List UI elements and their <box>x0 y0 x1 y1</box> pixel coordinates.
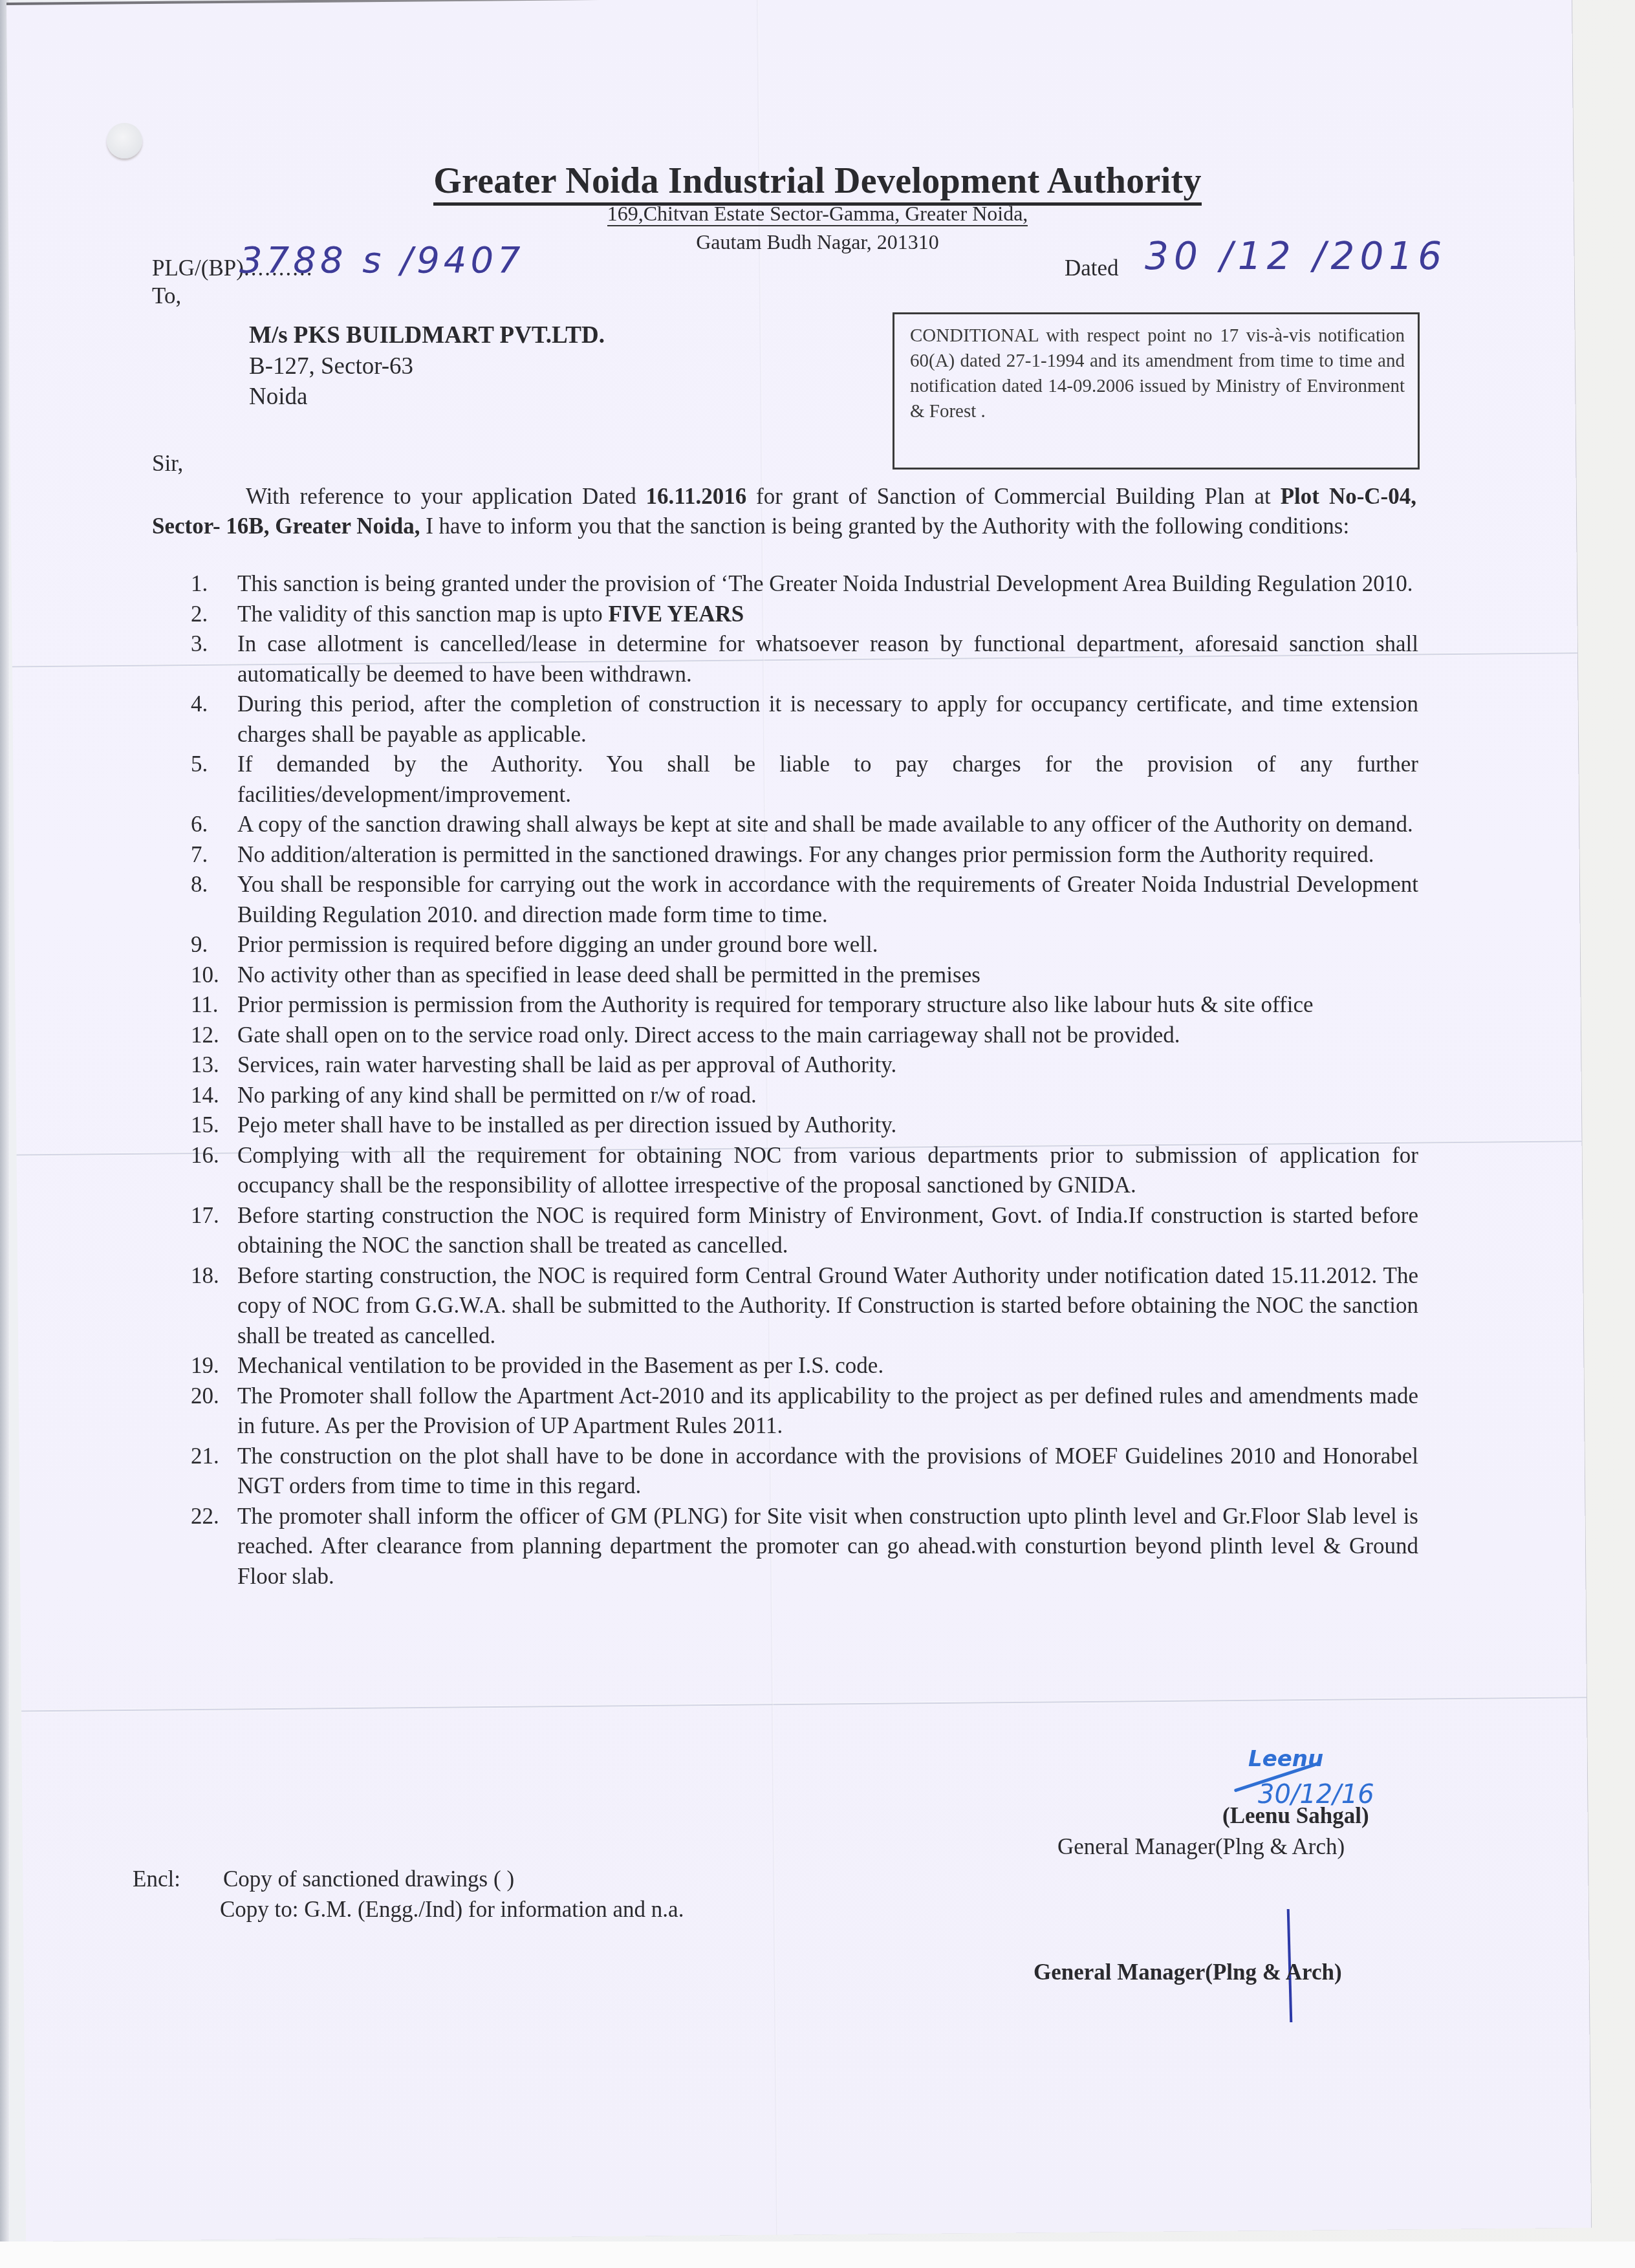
condition-number: 21. <box>191 1442 237 1502</box>
condition-text: During this period, after the completion… <box>237 689 1418 750</box>
condition-item: 19.Mechanical ventilation to be provided… <box>191 1351 1418 1381</box>
conditional-note-box: CONDITIONAL with respect point no 17 vis… <box>893 312 1420 470</box>
condition-item: 18.Before starting construction, the NOC… <box>191 1261 1418 1352</box>
condition-item: 13.Services, rain water harvesting shall… <box>191 1050 1418 1081</box>
condition-item: 12.Gate shall open on to the service roa… <box>191 1021 1418 1051</box>
condition-item: 22.The promoter shall inform the officer… <box>191 1502 1418 1592</box>
condition-item: 15.Pejo meter shall have to be installed… <box>191 1110 1418 1141</box>
application-date: 16.11.2016 <box>646 484 747 509</box>
recipient-name: M/s PKS BUILDMART PVT.LTD. <box>249 321 605 349</box>
condition-item: 11.Prior permission is permission from t… <box>191 990 1418 1021</box>
paper-fold-crease <box>21 1696 1586 1712</box>
condition-text: This sanction is being granted under the… <box>237 569 1418 599</box>
condition-text: You shall be responsible for carrying ou… <box>237 870 1418 930</box>
condition-number: 4. <box>191 689 237 750</box>
condition-number: 1. <box>191 569 237 599</box>
recipient-address-line2: Noida <box>249 383 307 411</box>
condition-number: 6. <box>191 810 237 840</box>
condition-number: 22. <box>191 1502 237 1592</box>
condition-text: No addition/alteration is permitted in t… <box>237 840 1418 870</box>
paper-top-edge <box>6 0 1572 5</box>
condition-text: The Promoter shall follow the Apartment … <box>237 1381 1418 1442</box>
condition-item: 17.Before starting construction the NOC … <box>191 1201 1418 1261</box>
condition-number: 8. <box>191 870 237 930</box>
conditions-list: 1.This sanction is being granted under t… <box>191 569 1418 1592</box>
signer-name: (Leenu Sahgal) <box>1222 1803 1369 1829</box>
handwritten-reference-number: 3788 s /9407 <box>239 239 525 281</box>
handwritten-date: 30 /12 /2016 <box>1145 234 1447 278</box>
condition-text: The construction on the plot shall have … <box>237 1442 1418 1502</box>
condition-number: 12. <box>191 1021 237 1051</box>
condition-text: A copy of the sanction drawing shall alw… <box>237 810 1418 840</box>
intro-text: for grant of Sanction of Commercial Buil… <box>746 484 1281 509</box>
condition-text: Services, rain water harvesting shall be… <box>237 1050 1418 1081</box>
condition-text: Pejo meter shall have to be installed as… <box>237 1110 1418 1141</box>
condition-item: 3.In case allotment is cancelled/lease i… <box>191 629 1418 689</box>
to-label: To, <box>152 283 181 309</box>
condition-text: The promoter shall inform the officer of… <box>237 1502 1418 1592</box>
condition-text: In case allotment is cancelled/lease in … <box>237 629 1418 689</box>
condition-text: The validity of this sanction map is upt… <box>237 599 1418 630</box>
condition-number: 14. <box>191 1081 237 1111</box>
condition-item: 8.You shall be responsible for carrying … <box>191 870 1418 930</box>
footer-designation: General Manager(Plng & Arch) <box>1034 1960 1342 1985</box>
scan-bottom-margin <box>0 2241 1635 2268</box>
condition-text: Before starting construction, the NOC is… <box>237 1261 1418 1352</box>
condition-number: 19. <box>191 1351 237 1381</box>
dated-label: Dated <box>1065 255 1119 281</box>
condition-emphasis: FIVE YEARS <box>609 601 744 627</box>
recipient-address-line1: B-127, Sector-63 <box>249 352 413 380</box>
condition-item: 10.No activity other than as specified i… <box>191 960 1418 991</box>
condition-number: 2. <box>191 599 237 630</box>
condition-item: 4.During this period, after the completi… <box>191 689 1418 750</box>
condition-number: 10. <box>191 960 237 991</box>
copy-to-line: Copy to: G.M. (Engg./Ind) for informatio… <box>220 1897 684 1923</box>
condition-item: 5.If demanded by the Authority. You shal… <box>191 750 1418 810</box>
condition-text: Mechanical ventilation to be provided in… <box>237 1351 1418 1381</box>
condition-number: 20. <box>191 1381 237 1442</box>
condition-number: 3. <box>191 629 237 689</box>
organization-address-line1: 169,Chitvan Estate Sector-Gamma, Greater… <box>0 202 1635 226</box>
scan-left-edge <box>0 0 9 2268</box>
condition-number: 15. <box>191 1110 237 1141</box>
intro-text: With reference to your application Dated <box>246 484 646 509</box>
condition-number: 13. <box>191 1050 237 1081</box>
enclosure-label: Encl: <box>133 1866 180 1892</box>
condition-number: 16. <box>191 1141 237 1201</box>
condition-number: 9. <box>191 930 237 960</box>
condition-item: 9.Prior permission is required before di… <box>191 930 1418 960</box>
salutation: Sir, <box>152 451 183 477</box>
condition-item: 14.No parking of any kind shall be permi… <box>191 1081 1418 1111</box>
intro-text: I have to inform you that the sanction i… <box>420 513 1349 539</box>
condition-item: 21.The construction on the plot shall ha… <box>191 1442 1418 1502</box>
condition-number: 11. <box>191 990 237 1021</box>
condition-item: 1.This sanction is being granted under t… <box>191 569 1418 599</box>
condition-item: 7.No addition/alteration is permitted in… <box>191 840 1418 870</box>
enclosure-text: Copy of sanctioned drawings ( ) <box>223 1866 514 1892</box>
condition-item: 6.A copy of the sanction drawing shall a… <box>191 810 1418 840</box>
condition-number: 18. <box>191 1261 237 1352</box>
condition-text: Gate shall open on to the service road o… <box>237 1021 1418 1051</box>
condition-item: 16.Complying with all the requirement fo… <box>191 1141 1418 1201</box>
organization-title: Greater Noida Industrial Development Aut… <box>0 160 1635 202</box>
condition-text: No parking of any kind shall be permitte… <box>237 1081 1418 1111</box>
condition-text: No activity other than as specified in l… <box>237 960 1418 991</box>
condition-number: 7. <box>191 840 237 870</box>
condition-number: 5. <box>191 750 237 810</box>
condition-text: Prior permission is permission from the … <box>237 990 1418 1021</box>
condition-text: If demanded by the Authority. You shall … <box>237 750 1418 810</box>
signer-designation: General Manager(Plng & Arch) <box>1057 1834 1345 1860</box>
condition-number: 17. <box>191 1201 237 1261</box>
punch-hole-icon <box>107 123 142 158</box>
condition-text: Complying with all the requirement for o… <box>237 1141 1418 1201</box>
condition-text: Prior permission is required before digg… <box>237 930 1418 960</box>
signature-name: Leenu <box>1248 1746 1374 1772</box>
intro-paragraph: With reference to your application Dated… <box>152 482 1416 541</box>
condition-item: 20.The Promoter shall follow the Apartme… <box>191 1381 1418 1442</box>
condition-item: 2.The validity of this sanction map is u… <box>191 599 1418 630</box>
handwritten-signature: Leenu 30/12/16 <box>1248 1746 1374 1809</box>
condition-text: Before starting construction the NOC is … <box>237 1201 1418 1261</box>
